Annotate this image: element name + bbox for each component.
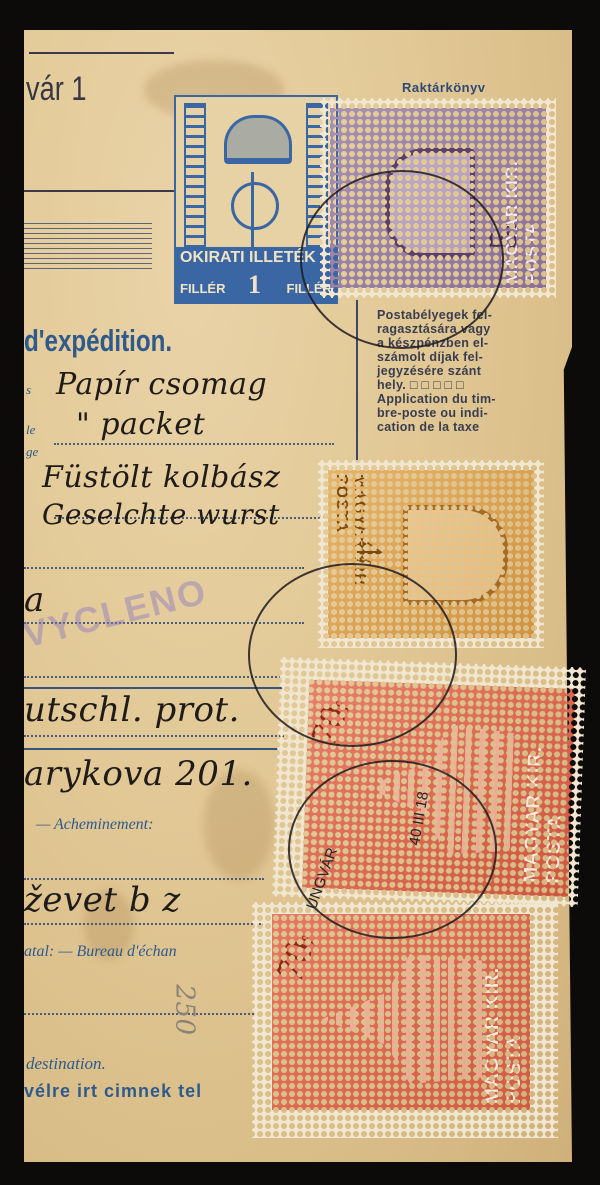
cathedral-icon [322, 954, 482, 1084]
margin-fragment: ge [26, 444, 38, 460]
dotted-line [24, 676, 284, 678]
dotted-line [24, 567, 304, 569]
routing-handwriting: ževet b z [24, 880, 181, 920]
exchange-office-label: atal: — Bureau d'échan [24, 943, 177, 961]
destination-label: destination. [26, 1054, 106, 1074]
postmark-cancel [248, 563, 457, 747]
postmark-cancel [300, 170, 504, 349]
revenue-value: 1 [248, 270, 261, 300]
pencil-number: 250 [170, 984, 200, 1035]
stamp-country: MAGYAR KIR. POSTA [521, 697, 571, 883]
header-fragment: vár 1 [26, 70, 86, 109]
address-handwriting-1: utschl. prot. [24, 690, 240, 730]
violet-cachet: VYCLENO [19, 570, 212, 656]
routing-label: — Acheminement: [36, 816, 153, 834]
margin-fragment: s [26, 382, 31, 398]
crown-icon [224, 115, 292, 164]
title-fragment: d'expédition. [24, 323, 172, 359]
ornament-border [184, 103, 206, 257]
revenue-title: OKIRATI ILLETÉK [180, 249, 316, 267]
dotted-line [24, 1013, 254, 1015]
stock-book-label: Raktárkönyv [402, 80, 486, 95]
note-line: hely. □□□□□ [377, 378, 542, 392]
contents-handwriting-1: Papír csomag [56, 367, 267, 402]
contents-handwriting-4: Geselchte wurst [42, 498, 280, 531]
postmark-cancel [288, 760, 497, 939]
address-handwriting-2: arykova 201. [24, 754, 253, 794]
posthorn-icon [231, 182, 279, 230]
dotted-line [24, 923, 264, 925]
stamp-country: MAGYAR KIR. POSTA [502, 114, 542, 284]
hatched-rules [24, 223, 152, 273]
revenue-unit-left: FILLÉR [180, 281, 226, 296]
contents-handwriting-2: " packet [76, 407, 205, 442]
rule [24, 687, 284, 689]
rule [24, 190, 179, 192]
note-line: számolt díjak fel- [377, 350, 542, 364]
posthorn-line [251, 172, 254, 252]
contents-handwriting-3: Füstölt kolbász [42, 460, 280, 495]
margin-fragment: le [26, 422, 35, 438]
rule [29, 52, 174, 54]
note-line: bre-poste ou indi- [377, 406, 542, 420]
dotted-line [24, 735, 284, 737]
note-line: cation de la taxe [377, 420, 542, 434]
note-line: Application du tim- [377, 392, 542, 406]
stamp-value: 4f [347, 539, 391, 565]
stamp-value: 70f [272, 928, 325, 988]
stamp-country: MAGYAR KIR. POSTA [482, 924, 526, 1104]
recipient-handwriting: a [24, 580, 45, 620]
footer-fragment: vélre irt cimnek tel [24, 1081, 202, 1102]
dotted-line [54, 443, 334, 445]
rule [24, 748, 284, 750]
note-line: jegyzésére szánt [377, 364, 542, 378]
